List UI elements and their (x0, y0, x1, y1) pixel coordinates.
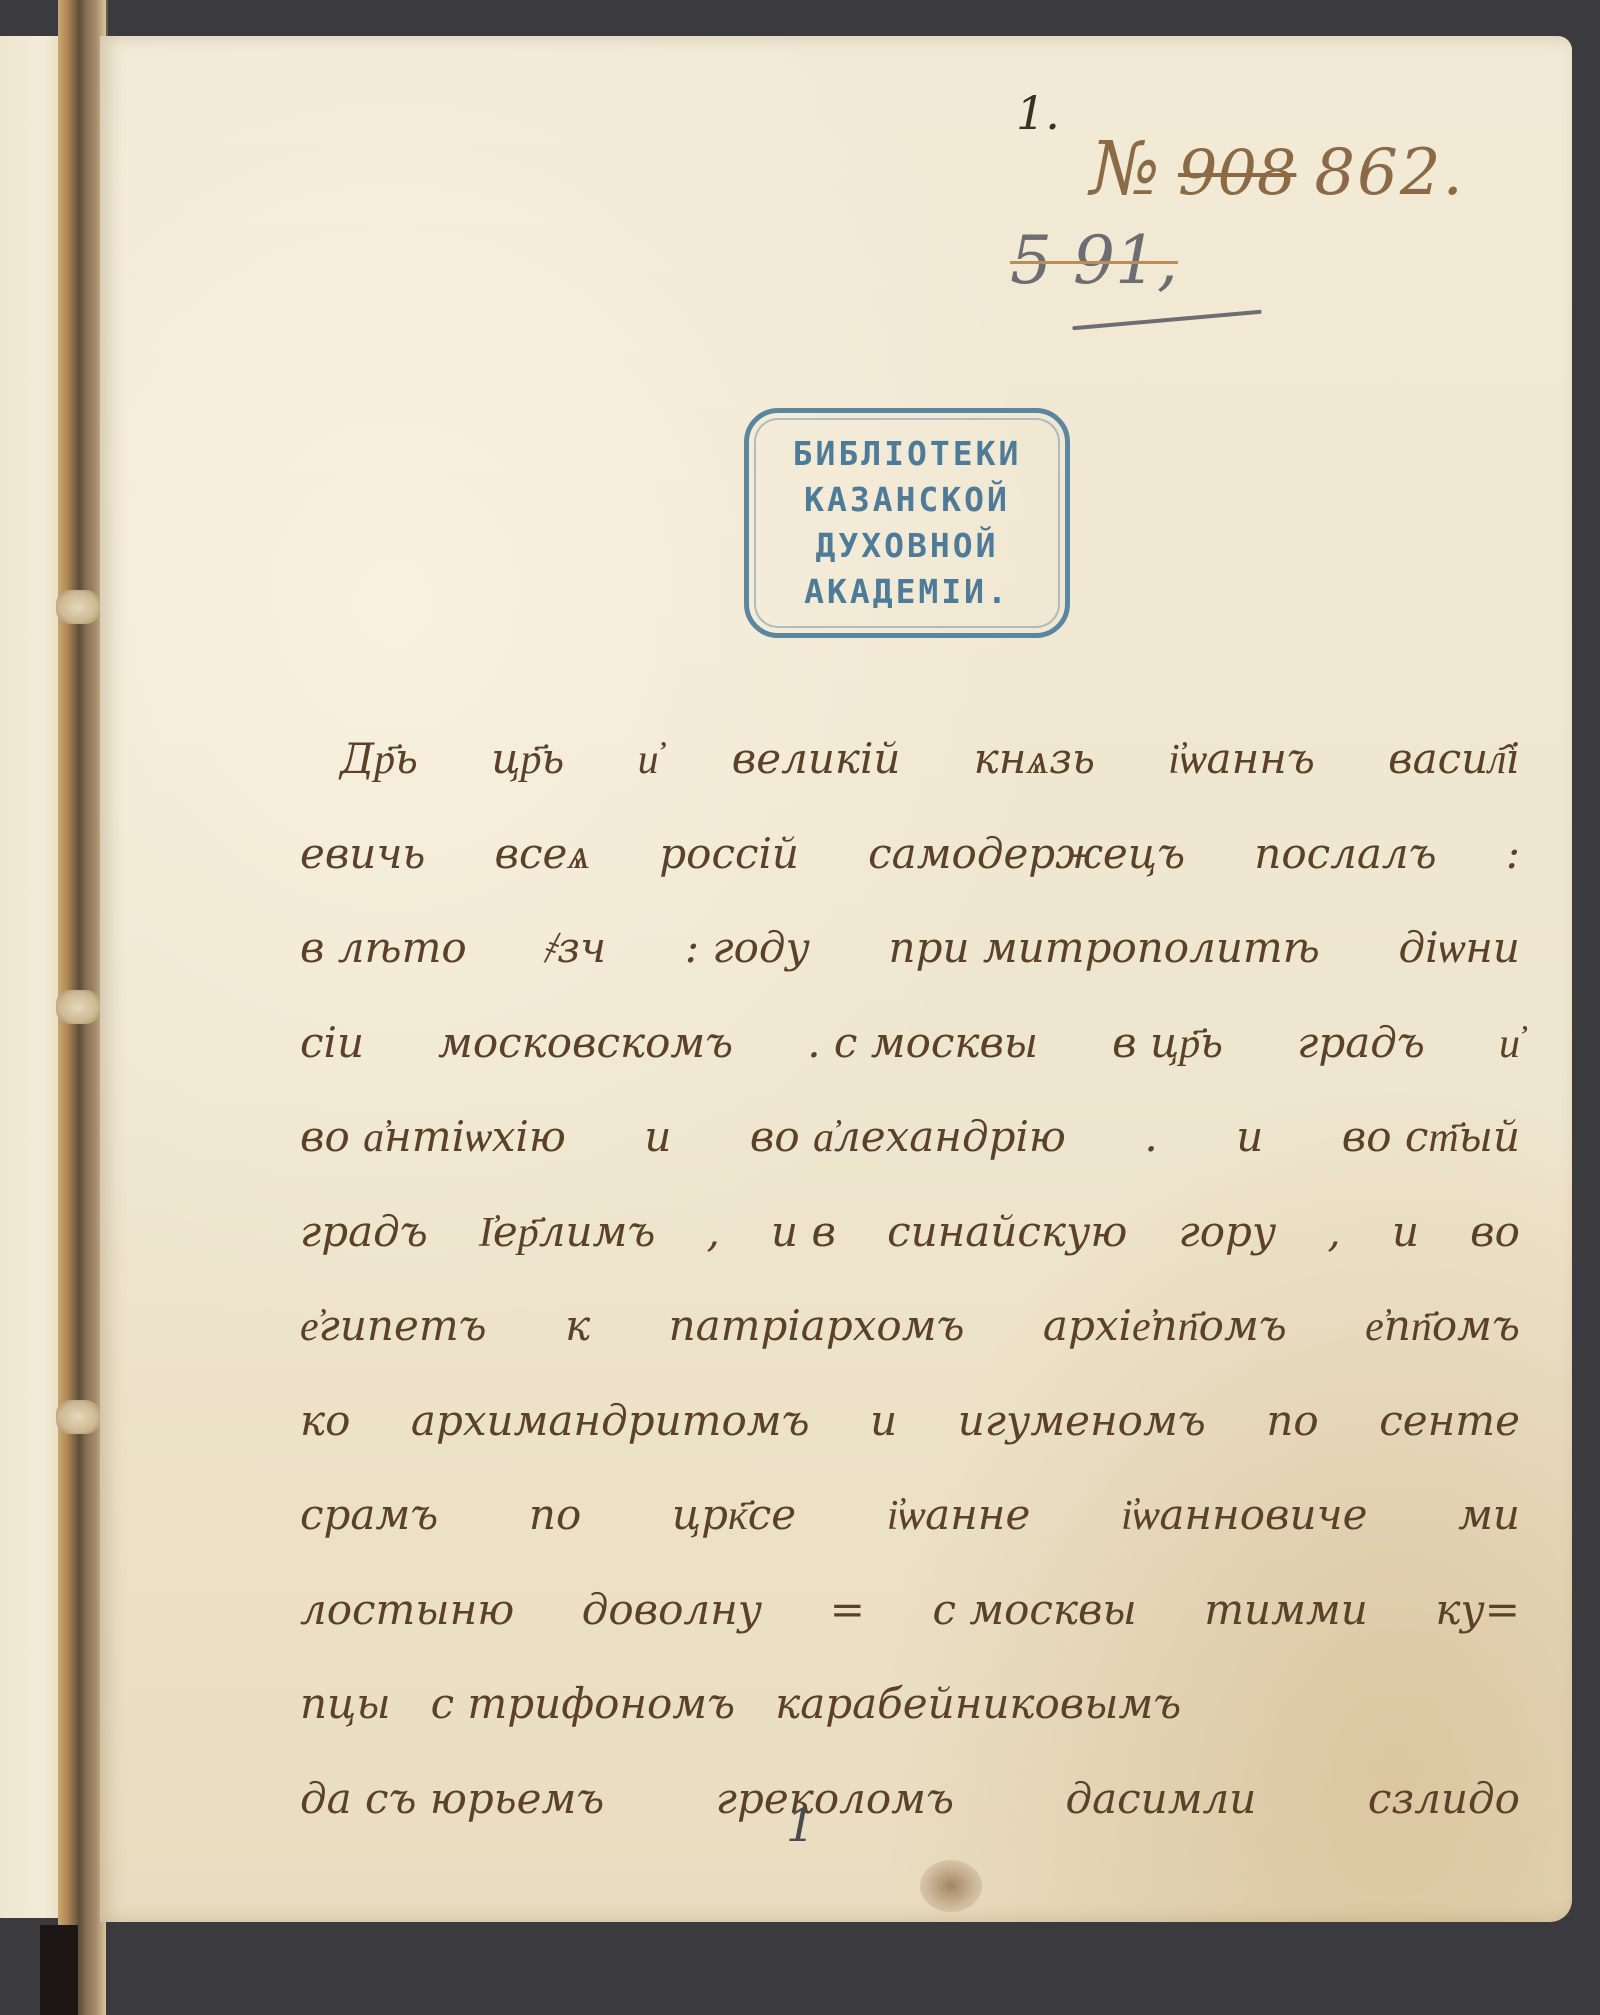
manuscript-word: кнѧзь (974, 712, 1095, 807)
manuscript-word: патріархомъ (669, 1279, 965, 1374)
manuscript-word: . с москвы (807, 996, 1038, 1091)
manuscript-word: великій (732, 712, 901, 807)
manuscript-line: срамъпоцрк҃сеі҆ѡаннеі҆ѡанновичеми (300, 1468, 1520, 1563)
manuscript-word: архимандритомъ (411, 1374, 810, 1469)
manuscript-word: послалъ (1254, 807, 1436, 902)
manuscript-word: і҆ѡанне (887, 1468, 1031, 1563)
manuscript-line: пцыс трифономъкарабейниковымъ (300, 1657, 1520, 1752)
manuscript-word: и (1392, 1185, 1419, 1280)
manuscript-word: игуменомъ (958, 1374, 1206, 1469)
manuscript-line: е҆гипетъкпатріархомъархіе҆пп҃омъе҆пп҃омъ (300, 1279, 1520, 1374)
manuscript-line: евичьвсеѧроссійсамодержецъпослалъ: (300, 807, 1520, 902)
manuscript-word: доволну (582, 1563, 762, 1658)
manuscript-line: Др҃ьцр҃ьи҆великійкнѧзьі҆ѡаннъвасил҄і (300, 712, 1520, 807)
manuscript-word: пцы (300, 1657, 391, 1752)
manuscript-word: ҂зч (545, 901, 606, 996)
manuscript-word: во а҆нтіѡхію (300, 1090, 566, 1185)
manuscript-line: сіимосковскомъ. с москвыв цр҃ьградъи҆ (300, 996, 1520, 1091)
folio-number-top: 1. (1016, 86, 1060, 140)
manuscript-word: лостыню (300, 1563, 514, 1658)
manuscript-word: во ст҃ый (1342, 1090, 1520, 1185)
manuscript-word: Др҃ь (340, 712, 418, 807)
manuscript-word: да съ юрьемъ (300, 1752, 604, 1847)
manuscript-word: греколомъ (716, 1752, 954, 1847)
pencil-number: 5 91, (1010, 222, 1178, 299)
manuscript-word: ко (300, 1374, 350, 1469)
manuscript-word: синайскую (887, 1185, 1127, 1280)
manuscript-word: градъ (1297, 996, 1425, 1091)
manuscript-text: Др҃ьцр҃ьи҆великійкнѧзьі҆ѡаннъвасил҄іевич… (300, 712, 1520, 1846)
manuscript-line: во а҆нтіѡхіюиво а҆лехандрію.иво ст҃ый (300, 1090, 1520, 1185)
manuscript-word: = (830, 1563, 865, 1658)
manuscript-word: в цр҃ь (1112, 996, 1223, 1091)
folio-number-bottom: 1 (786, 1798, 815, 1852)
manuscript-word: по (529, 1468, 581, 1563)
manuscript-word: всеѧ (495, 807, 591, 902)
manuscript-word: к (565, 1279, 590, 1374)
manuscript-line: лостынюдоволну=с москвытиммику= (300, 1563, 1520, 1658)
shelfmark: № 908 862. (1090, 126, 1465, 206)
binding-stitch (56, 590, 100, 624)
manuscript-line: коархимандритомъиигуменомъпосенте (300, 1374, 1520, 1469)
manuscript-word: ми (1458, 1468, 1520, 1563)
binding-stitch (56, 1400, 100, 1434)
manuscript-line: градъІ҆ер҃лимъ,и всинайскуюгору,иво (300, 1185, 1520, 1280)
manuscript-word: и в (771, 1185, 836, 1280)
manuscript-word: сзлидо (1368, 1752, 1520, 1847)
stamp-line: ДУХОВНОЙ (816, 523, 999, 569)
manuscript-word: і҆ѡаннъ (1168, 712, 1315, 807)
manuscript-word: . (1144, 1090, 1157, 1185)
manuscript-word: : году (685, 901, 810, 996)
manuscript-word: гору (1179, 1185, 1277, 1280)
manuscript-word: и҆ (1499, 996, 1520, 1091)
manuscript-word: и (644, 1090, 671, 1185)
manuscript-word: сенте (1379, 1374, 1520, 1469)
manuscript-word: самодержецъ (868, 807, 1185, 902)
manuscript-word: цр҃ь (491, 712, 564, 807)
manuscript-word: при митрополитѣ (889, 901, 1320, 996)
manuscript-word: І҆ер҃лимъ (479, 1185, 655, 1280)
manuscript-word: россій (659, 807, 799, 902)
manuscript-word: , (707, 1185, 720, 1280)
manuscript-word: и (1236, 1090, 1263, 1185)
manuscript-word: евичь (300, 807, 425, 902)
manuscript-word: с трифономъ (431, 1657, 736, 1752)
manuscript-word: срамъ (300, 1468, 438, 1563)
manuscript-word: сіи (300, 996, 364, 1091)
ink-stain (920, 1860, 982, 1912)
manuscript-word: ку= (1435, 1563, 1520, 1658)
manuscript-word: црк҃се (672, 1468, 796, 1563)
manuscript-word: васил҄і (1388, 712, 1520, 807)
shelfmark-old-number: 908 (1178, 136, 1296, 209)
manuscript-word: во (1470, 1185, 1520, 1280)
shelfmark-new-number: 862. (1314, 136, 1465, 210)
stamp-line: АКАДЕМІИ. (804, 569, 1010, 615)
stamp-line: БИБЛІОТЕКИ (793, 431, 1022, 477)
manuscript-word: і҆ѡанновиче (1121, 1468, 1368, 1563)
manuscript-word: в лѣто (300, 901, 467, 996)
binding-foot (40, 1925, 78, 2015)
binding-stitch (56, 990, 100, 1024)
manuscript-word: е҆гипетъ (300, 1279, 487, 1374)
manuscript-word: архіе҆пп҃омъ (1043, 1279, 1287, 1374)
manuscript-word: тимми (1204, 1563, 1368, 1658)
manuscript-word: : (1506, 807, 1520, 902)
manuscript-line: да съ юрьемъгреколомъдасимлисзлидо (300, 1752, 1520, 1847)
manuscript-word: карабейниковымъ (775, 1657, 1181, 1752)
stamp-line: КАЗАНСКОЙ (804, 477, 1010, 523)
manuscript-word: , (1327, 1185, 1340, 1280)
manuscript-word: діѡни (1398, 901, 1520, 996)
manuscript-word: по (1266, 1374, 1318, 1469)
manuscript-word: дасимли (1065, 1752, 1256, 1847)
manuscript-word: градъ (300, 1185, 428, 1280)
manuscript-line: в лѣто҂зч: годупри митрополитѣдіѡни (300, 901, 1520, 996)
facing-leaf (0, 36, 62, 1918)
manuscript-word: и҆ (638, 712, 659, 807)
manuscript-word: е҆пп҃омъ (1365, 1279, 1520, 1374)
shelfmark-prefix: № (1090, 126, 1160, 212)
manuscript-word: с москвы (932, 1563, 1136, 1658)
manuscript-word: и (870, 1374, 897, 1469)
manuscript-word: во а҆лехандрію (750, 1090, 1066, 1185)
manuscript-word: московскомъ (438, 996, 733, 1091)
library-stamp: БИБЛІОТЕКИ КАЗАНСКОЙ ДУХОВНОЙ АКАДЕМІИ. (744, 408, 1070, 638)
